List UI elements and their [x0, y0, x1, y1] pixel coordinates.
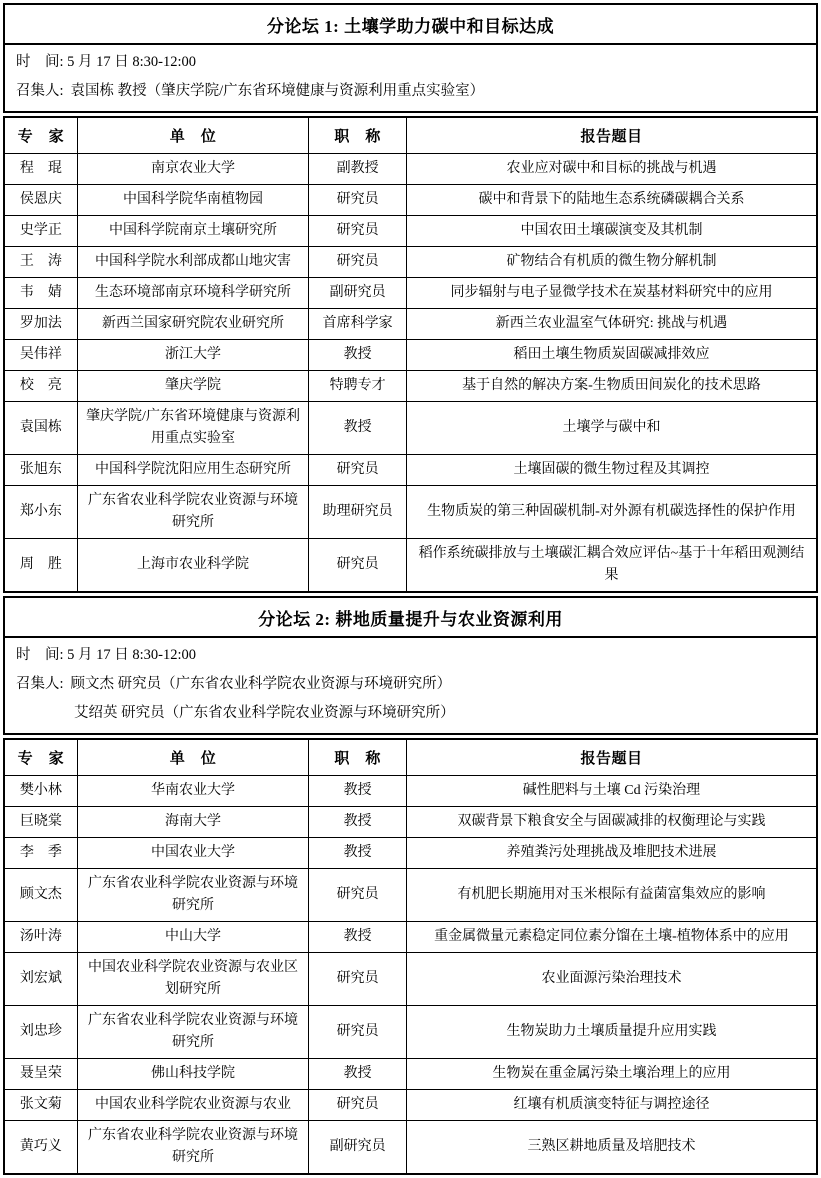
column-header-title: 职 称	[309, 739, 407, 776]
affiliation-cell: 中山大学	[77, 922, 309, 953]
column-header-affiliation: 单 位	[77, 739, 309, 776]
job-title-cell: 教授	[309, 922, 407, 953]
table-row: 侯恩庆 中国科学院华南植物园 研究员 碳中和背景下的陆地生态系统磷碳耦合关系	[4, 185, 817, 216]
report-topic-cell: 农业面源污染治理技术	[406, 953, 817, 1006]
expert-name-cell: 刘忠珍	[4, 1006, 77, 1059]
report-topic-cell: 三熟区耕地质量及培肥技术	[406, 1121, 817, 1175]
expert-name-cell: 张文菊	[4, 1090, 77, 1121]
expert-name-cell: 刘宏斌	[4, 953, 77, 1006]
job-title-cell: 研究员	[309, 247, 407, 278]
affiliation-cell: 佛山科技学院	[77, 1059, 309, 1090]
job-title-cell: 教授	[309, 1059, 407, 1090]
convener-label: 召集人:	[16, 83, 64, 99]
affiliation-cell: 中国科学院沈阳应用生态研究所	[77, 455, 309, 486]
table-row: 吴伟祥 浙江大学 教授 稻田土壤生物质炭固碳减排效应	[4, 340, 817, 371]
table-row: 巨晓棠 海南大学 教授 双碳背景下粮食安全与固碳减排的权衡理论与实践	[4, 807, 817, 838]
expert-name-cell: 侯恩庆	[4, 185, 77, 216]
job-title-cell: 教授	[309, 402, 407, 455]
affiliation-cell: 广东省农业科学院农业资源与环境研究所	[77, 1121, 309, 1175]
job-title-cell: 研究员	[309, 1006, 407, 1059]
report-topic-cell: 有机肥长期施用对玉米根际有益菌富集效应的影响	[406, 869, 817, 922]
job-title-cell: 研究员	[309, 216, 407, 247]
job-title-cell: 教授	[309, 340, 407, 371]
report-topic-cell: 生物炭在重金属污染土壤治理上的应用	[406, 1059, 817, 1090]
affiliation-cell: 生态环境部南京环境科学研究所	[77, 278, 309, 309]
session-1-time: 时 间: 5 月 17 日 8:30-12:00	[16, 48, 806, 77]
report-topic-cell: 稻田土壤生物质炭固碳减排效应	[406, 340, 817, 371]
expert-name-cell: 袁国栋	[4, 402, 77, 455]
session-1: 分论坛 1: 土壤学助力碳中和目标达成 时 间: 5 月 17 日 8:30-1…	[3, 3, 818, 593]
convener-name: 顾文杰 研究员（广东省农业科学院农业资源与环境研究所）	[71, 676, 452, 692]
convener-label: 召集人:	[16, 676, 64, 692]
session-2-title: 分论坛 2: 耕地质量提升与农业资源利用	[5, 598, 816, 638]
job-title-cell: 教授	[309, 776, 407, 807]
report-topic-cell: 碳中和背景下的陆地生态系统磷碳耦合关系	[406, 185, 817, 216]
affiliation-cell: 上海市农业科学院	[77, 539, 309, 593]
job-title-cell: 副研究员	[309, 278, 407, 309]
session-2-time: 时 间: 5 月 17 日 8:30-12:00	[16, 641, 806, 670]
report-topic-cell: 土壤学与碳中和	[406, 402, 817, 455]
affiliation-cell: 海南大学	[77, 807, 309, 838]
table-row: 李 季 中国农业大学 教授 养殖粪污处理挑战及堆肥技术进展	[4, 838, 817, 869]
job-title-cell: 研究员	[309, 539, 407, 593]
affiliation-cell: 广东省农业科学院农业资源与环境研究所	[77, 486, 309, 539]
report-topic-cell: 矿物结合有机质的微生物分解机制	[406, 247, 817, 278]
job-title-cell: 研究员	[309, 455, 407, 486]
column-header-affiliation: 单 位	[77, 117, 309, 154]
column-header-topic: 报告题目	[406, 739, 817, 776]
table-row: 张文菊 中国农业科学院农业资源与农业 研究员 红壤有机质演变特征与调控途径	[4, 1090, 817, 1121]
session-2-conveners: 召集人:顾文杰 研究员（广东省农业科学院农业资源与环境研究所）	[16, 670, 806, 699]
job-title-cell: 副教授	[309, 154, 407, 185]
session-2-info: 时 间: 5 月 17 日 8:30-12:00 召集人:顾文杰 研究员（广东省…	[5, 638, 816, 733]
table-row: 黄巧义 广东省农业科学院农业资源与环境研究所 副研究员 三熟区耕地质量及培肥技术	[4, 1121, 817, 1175]
table-header-row: 专 家 单 位 职 称 报告题目	[4, 117, 817, 154]
expert-name-cell: 周 胜	[4, 539, 77, 593]
job-title-cell: 研究员	[309, 953, 407, 1006]
job-title-cell: 首席科学家	[309, 309, 407, 340]
expert-name-cell: 聂呈荣	[4, 1059, 77, 1090]
table-row: 樊小林 华南农业大学 教授 碱性肥料与土壤 Cd 污染治理	[4, 776, 817, 807]
affiliation-cell: 中国农业大学	[77, 838, 309, 869]
column-header-expert: 专 家	[4, 739, 77, 776]
affiliation-cell: 中国科学院水利部成都山地灾害	[77, 247, 309, 278]
affiliation-cell: 中国科学院南京土壤研究所	[77, 216, 309, 247]
table-row: 王 涛 中国科学院水利部成都山地灾害 研究员 矿物结合有机质的微生物分解机制	[4, 247, 817, 278]
session-2-convener-2: 艾绍英 研究员（广东省农业科学院农业资源与环境研究所）	[16, 699, 806, 728]
job-title-cell: 助理研究员	[309, 486, 407, 539]
report-topic-cell: 重金属微量元素稳定同位素分馏在土壤-植物体系中的应用	[406, 922, 817, 953]
job-title-cell: 副研究员	[309, 1121, 407, 1175]
expert-name-cell: 张旭东	[4, 455, 77, 486]
expert-name-cell: 黄巧义	[4, 1121, 77, 1175]
table-row: 韦 婧 生态环境部南京环境科学研究所 副研究员 同步辐射与电子显微学技术在炭基材…	[4, 278, 817, 309]
table-header-row: 专 家 单 位 职 称 报告题目	[4, 739, 817, 776]
expert-name-cell: 韦 婧	[4, 278, 77, 309]
column-header-topic: 报告题目	[406, 117, 817, 154]
table-row: 袁国栋 肇庆学院/广东省环境健康与资源利用重点实验室 教授 土壤学与碳中和	[4, 402, 817, 455]
report-topic-cell: 生物质炭的第三种固碳机制-对外源有机碳选择性的保护作用	[406, 486, 817, 539]
session-2-header-box: 分论坛 2: 耕地质量提升与农业资源利用 时 间: 5 月 17 日 8:30-…	[3, 596, 818, 735]
session-1-info: 时 间: 5 月 17 日 8:30-12:00 召集人:袁国栋 教授（肇庆学院…	[5, 45, 816, 111]
affiliation-cell: 中国农业科学院农业资源与农业区划研究所	[77, 953, 309, 1006]
table-row: 顾文杰 广东省农业科学院农业资源与环境研究所 研究员 有机肥长期施用对玉米根际有…	[4, 869, 817, 922]
affiliation-cell: 新西兰国家研究院农业研究所	[77, 309, 309, 340]
affiliation-cell: 浙江大学	[77, 340, 309, 371]
affiliation-cell: 广东省农业科学院农业资源与环境研究所	[77, 1006, 309, 1059]
affiliation-cell: 肇庆学院	[77, 371, 309, 402]
session-1-table: 专 家 单 位 职 称 报告题目 程 琨 南京农业大学 副教授 农业应对碳中和目…	[3, 116, 818, 593]
report-topic-cell: 稻作系统碳排放与土壤碳汇耦合效应评估~基于十年稻田观测结果	[406, 539, 817, 593]
report-topic-cell: 红壤有机质演变特征与调控途径	[406, 1090, 817, 1121]
expert-name-cell: 巨晓棠	[4, 807, 77, 838]
report-topic-cell: 土壤固碳的微生物过程及其调控	[406, 455, 817, 486]
expert-name-cell: 史学正	[4, 216, 77, 247]
report-topic-cell: 新西兰农业温室气体研究: 挑战与机遇	[406, 309, 817, 340]
session-1-conveners: 召集人:袁国栋 教授（肇庆学院/广东省环境健康与资源利用重点实验室）	[16, 77, 806, 106]
job-title-cell: 教授	[309, 838, 407, 869]
session-2-table: 专 家 单 位 职 称 报告题目 樊小林 华南农业大学 教授 碱性肥料与土壤 C…	[3, 738, 818, 1175]
table-row: 刘宏斌 中国农业科学院农业资源与农业区划研究所 研究员 农业面源污染治理技术	[4, 953, 817, 1006]
job-title-cell: 研究员	[309, 869, 407, 922]
conference-program-page: 分论坛 1: 土壤学助力碳中和目标达成 时 间: 5 月 17 日 8:30-1…	[3, 3, 818, 1175]
convener-name: 袁国栋 教授（肇庆学院/广东省环境健康与资源利用重点实验室）	[71, 83, 485, 99]
expert-name-cell: 汤叶涛	[4, 922, 77, 953]
affiliation-cell: 南京农业大学	[77, 154, 309, 185]
report-topic-cell: 农业应对碳中和目标的挑战与机遇	[406, 154, 817, 185]
table-row: 郑小东 广东省农业科学院农业资源与环境研究所 助理研究员 生物质炭的第三种固碳机…	[4, 486, 817, 539]
report-topic-cell: 养殖粪污处理挑战及堆肥技术进展	[406, 838, 817, 869]
report-topic-cell: 同步辐射与电子显微学技术在炭基材料研究中的应用	[406, 278, 817, 309]
report-topic-cell: 生物炭助力土壤质量提升应用实践	[406, 1006, 817, 1059]
affiliation-cell: 肇庆学院/广东省环境健康与资源利用重点实验室	[77, 402, 309, 455]
affiliation-cell: 广东省农业科学院农业资源与环境研究所	[77, 869, 309, 922]
session-1-header-box: 分论坛 1: 土壤学助力碳中和目标达成 时 间: 5 月 17 日 8:30-1…	[3, 3, 818, 113]
report-topic-cell: 碱性肥料与土壤 Cd 污染治理	[406, 776, 817, 807]
affiliation-cell: 中国农业科学院农业资源与农业	[77, 1090, 309, 1121]
table-row: 刘忠珍 广东省农业科学院农业资源与环境研究所 研究员 生物炭助力土壤质量提升应用…	[4, 1006, 817, 1059]
job-title-cell: 研究员	[309, 185, 407, 216]
job-title-cell: 特聘专才	[309, 371, 407, 402]
expert-name-cell: 校 亮	[4, 371, 77, 402]
report-topic-cell: 中国农田土壤碳演变及其机制	[406, 216, 817, 247]
expert-name-cell: 王 涛	[4, 247, 77, 278]
table-row: 张旭东 中国科学院沈阳应用生态研究所 研究员 土壤固碳的微生物过程及其调控	[4, 455, 817, 486]
expert-name-cell: 樊小林	[4, 776, 77, 807]
affiliation-cell: 华南农业大学	[77, 776, 309, 807]
expert-name-cell: 罗加法	[4, 309, 77, 340]
table-row: 罗加法 新西兰国家研究院农业研究所 首席科学家 新西兰农业温室气体研究: 挑战与…	[4, 309, 817, 340]
session-1-title: 分论坛 1: 土壤学助力碳中和目标达成	[5, 5, 816, 45]
expert-name-cell: 吴伟祥	[4, 340, 77, 371]
affiliation-cell: 中国科学院华南植物园	[77, 185, 309, 216]
session-2: 分论坛 2: 耕地质量提升与农业资源利用 时 间: 5 月 17 日 8:30-…	[3, 596, 818, 1175]
table-row: 聂呈荣 佛山科技学院 教授 生物炭在重金属污染土壤治理上的应用	[4, 1059, 817, 1090]
column-header-expert: 专 家	[4, 117, 77, 154]
table-row: 校 亮 肇庆学院 特聘专才 基于自然的解决方案-生物质田间炭化的技术思路	[4, 371, 817, 402]
expert-name-cell: 顾文杰	[4, 869, 77, 922]
column-header-title: 职 称	[309, 117, 407, 154]
table-row: 汤叶涛 中山大学 教授 重金属微量元素稳定同位素分馏在土壤-植物体系中的应用	[4, 922, 817, 953]
report-topic-cell: 双碳背景下粮食安全与固碳减排的权衡理论与实践	[406, 807, 817, 838]
expert-name-cell: 李 季	[4, 838, 77, 869]
job-title-cell: 教授	[309, 807, 407, 838]
job-title-cell: 研究员	[309, 1090, 407, 1121]
expert-name-cell: 郑小东	[4, 486, 77, 539]
expert-name-cell: 程 琨	[4, 154, 77, 185]
table-row: 周 胜 上海市农业科学院 研究员 稻作系统碳排放与土壤碳汇耦合效应评估~基于十年…	[4, 539, 817, 593]
report-topic-cell: 基于自然的解决方案-生物质田间炭化的技术思路	[406, 371, 817, 402]
table-row: 程 琨 南京农业大学 副教授 农业应对碳中和目标的挑战与机遇	[4, 154, 817, 185]
table-row: 史学正 中国科学院南京土壤研究所 研究员 中国农田土壤碳演变及其机制	[4, 216, 817, 247]
